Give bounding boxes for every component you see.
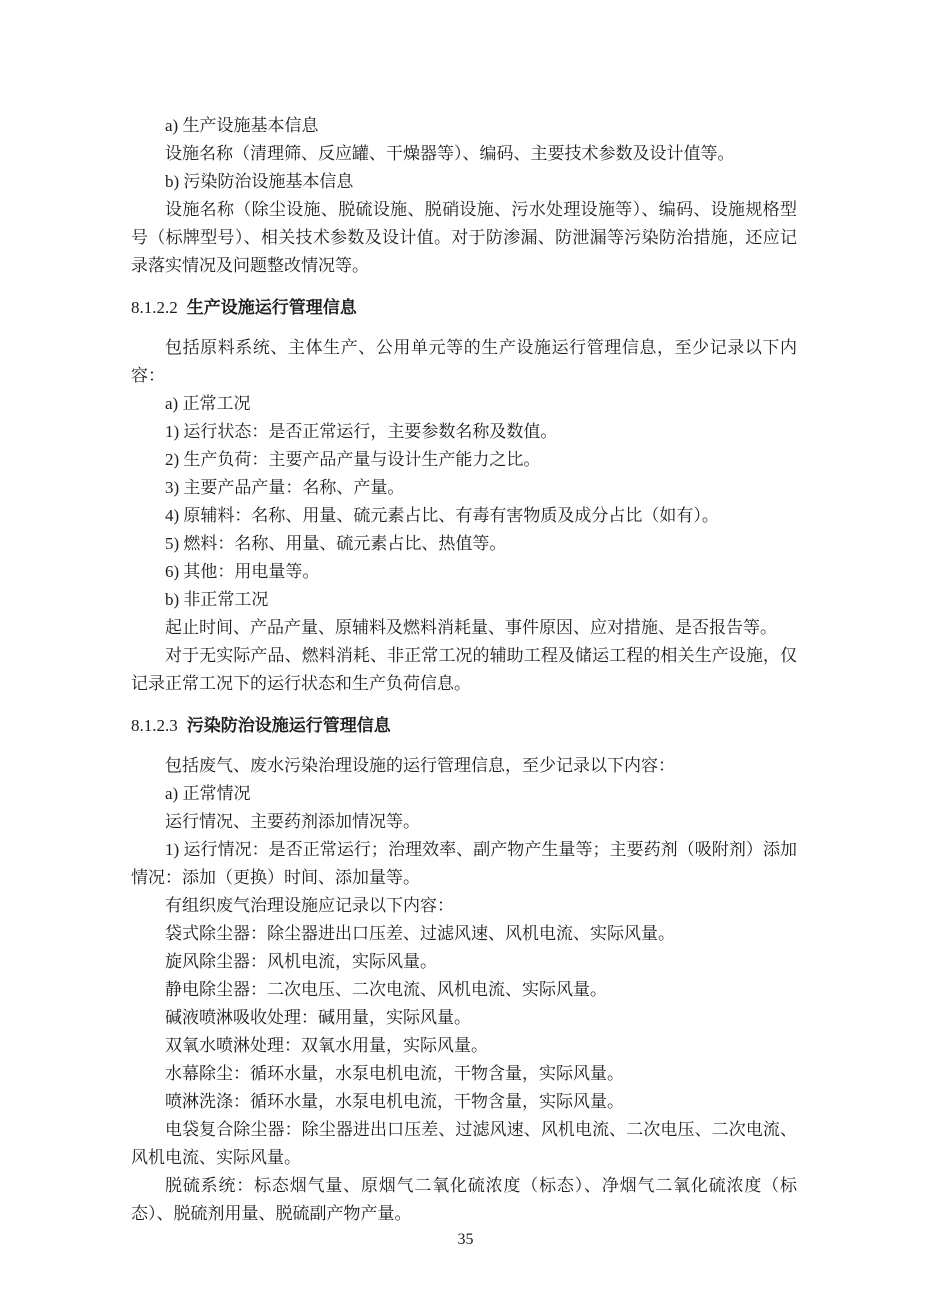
- paragraph: a) 正常情况: [131, 780, 797, 808]
- paragraph: 有组织废气治理设施应记录以下内容：: [131, 892, 797, 920]
- paragraph: 5) 燃料：名称、用量、硫元素占比、热值等。: [131, 530, 797, 558]
- paragraph: 包括废气、废水污染治理设施的运行管理信息，至少记录以下内容：: [131, 752, 797, 780]
- paragraph: 电袋复合除尘器：除尘器进出口压差、过滤风速、风机电流、二次电压、二次电流、风机电…: [131, 1116, 797, 1172]
- paragraph: 喷淋洗涤：循环水量，水泵电机电流，干物含量，实际风量。: [131, 1088, 797, 1116]
- paragraph: b) 非正常工况: [131, 586, 797, 614]
- paragraph: a) 生产设施基本信息: [131, 112, 797, 140]
- paragraph: 碱液喷淋吸收处理：碱用量，实际风量。: [131, 1004, 797, 1032]
- paragraph: 静电除尘器：二次电压、二次电流、风机电流、实际风量。: [131, 976, 797, 1004]
- paragraph: 水幕除尘：循环水量，水泵电机电流，干物含量，实际风量。: [131, 1060, 797, 1088]
- paragraph: 双氧水喷淋处理：双氧水用量，实际风量。: [131, 1032, 797, 1060]
- section-title: 污染防治设施运行管理信息: [187, 716, 391, 735]
- section-number: 8.1.2.3: [131, 716, 178, 735]
- document-page: a) 生产设施基本信息 设施名称（清理筛、反应罐、干燥器等）、编码、主要技术参数…: [0, 0, 931, 1301]
- paragraph: 6) 其他：用电量等。: [131, 558, 797, 586]
- section-heading: 8.1.2.2生产设施运行管理信息: [131, 294, 797, 322]
- paragraph: 4) 原辅料：名称、用量、硫元素占比、有毒有害物质及成分占比（如有）。: [131, 502, 797, 530]
- paragraph: 对于无实际产品、燃料消耗、非正常工况的辅助工程及储运工程的相关生产设施，仅记录正…: [131, 642, 797, 698]
- paragraph: 设施名称（清理筛、反应罐、干燥器等）、编码、主要技术参数及设计值等。: [131, 140, 797, 168]
- paragraph: 设施名称（除尘设施、脱硫设施、脱硝设施、污水处理设施等）、编码、设施规格型号（标…: [131, 196, 797, 280]
- paragraph: 2) 生产负荷：主要产品产量与设计生产能力之比。: [131, 446, 797, 474]
- paragraph: 1) 运行状态：是否正常运行，主要参数名称及数值。: [131, 418, 797, 446]
- paragraph: b) 污染防治设施基本信息: [131, 168, 797, 196]
- section-heading: 8.1.2.3污染防治设施运行管理信息: [131, 712, 797, 740]
- page-content: a) 生产设施基本信息 设施名称（清理筛、反应罐、干燥器等）、编码、主要技术参数…: [131, 112, 797, 1228]
- paragraph: 脱硫系统：标态烟气量、原烟气二氧化硫浓度（标态）、净烟气二氧化硫浓度（标态）、脱…: [131, 1172, 797, 1228]
- paragraph: a) 正常工况: [131, 390, 797, 418]
- paragraph: 起止时间、产品产量、原辅料及燃料消耗量、事件原因、应对措施、是否报告等。: [131, 614, 797, 642]
- paragraph: 3) 主要产品产量：名称、产量。: [131, 474, 797, 502]
- paragraph: 袋式除尘器：除尘器进出口压差、过滤风速、风机电流、实际风量。: [131, 920, 797, 948]
- page-number: 35: [458, 1231, 474, 1248]
- paragraph: 旋风除尘器：风机电流，实际风量。: [131, 948, 797, 976]
- paragraph: 包括原料系统、主体生产、公用单元等的生产设施运行管理信息，至少记录以下内容：: [131, 334, 797, 390]
- paragraph: 1) 运行情况：是否正常运行；治理效率、副产物产生量等；主要药剂（吸附剂）添加情…: [131, 836, 797, 892]
- page-footer: 35: [0, 1228, 931, 1252]
- section-title: 生产设施运行管理信息: [187, 298, 357, 317]
- section-number: 8.1.2.2: [131, 298, 178, 317]
- paragraph: 运行情况、主要药剂添加情况等。: [131, 808, 797, 836]
